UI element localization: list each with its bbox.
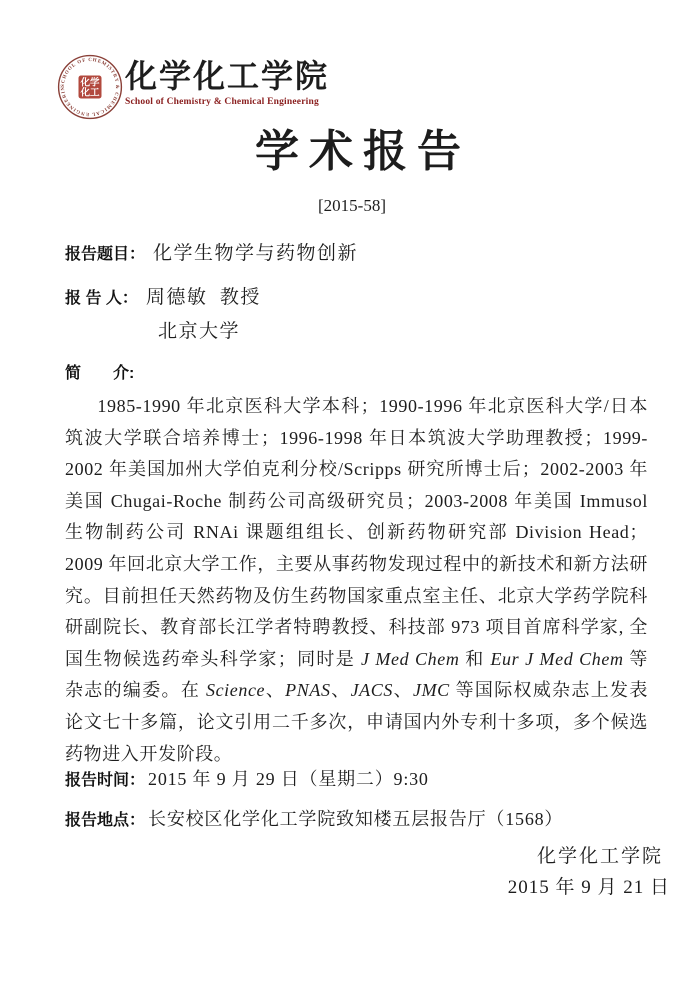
place-row: 报告地点： 长安校区化学化工学院致知楼五层报告厅（1568）	[65, 805, 650, 831]
speaker-biography: 1985-1990 年北京医科大学本科；1990-1996 年北京医科大学/日本…	[65, 391, 648, 770]
document-title: 学术报告	[13, 126, 700, 178]
school-name-block: 化学化工学院 School of Chemistry & Chemical En…	[125, 54, 329, 107]
speaker-label: 报 告 人：	[65, 285, 138, 308]
place-value: 长安校区化学化工学院致知楼五层报告厅（1568）	[148, 805, 563, 831]
time-label: 报告时间：	[65, 767, 145, 790]
issue-number: [2015-58]	[2, 196, 700, 216]
speaker-row: 报 告 人： 周德敏 教授	[65, 282, 650, 309]
place-label: 报告地点：	[65, 807, 145, 830]
announcement-document: SCHOOL OF CHEMISTRY & CHEMICAL ENGINEERI…	[0, 0, 700, 989]
affiliation-row: 北京大学	[65, 316, 650, 343]
speaker-name: 周德敏 教授	[146, 282, 261, 309]
bio-label: 简 介:	[65, 360, 134, 383]
topic-label: 报告题目：	[65, 241, 145, 264]
topic-row: 报告题目： 化学生物学与药物创新	[65, 238, 650, 265]
letterhead: SCHOOL OF CHEMISTRY & CHEMICAL ENGINEERI…	[57, 54, 329, 120]
speaker-affiliation: 北京大学	[65, 316, 240, 343]
time-row: 报告时间： 2015 年 9 月 29 日（星期二）9:30	[65, 765, 650, 791]
topic-value: 化学生物学与药物创新	[153, 238, 358, 265]
school-seal-icon: SCHOOL OF CHEMISTRY & CHEMICAL ENGINEERI…	[57, 54, 123, 120]
bio-label-row: 简 介:	[65, 360, 650, 383]
time-value: 2015 年 9 月 29 日（星期二）9:30	[148, 765, 429, 791]
signature-organization: 化学化工学院	[537, 846, 663, 868]
school-name-chinese: 化学化工学院	[125, 56, 329, 96]
seal-square-text-line2: 化工	[79, 87, 100, 99]
school-name-english: School of Chemistry & Chemical Engineeri…	[125, 97, 329, 107]
signature-date: 2015 年 9 月 21 日	[508, 877, 670, 899]
seal-square-text-line1: 化学	[79, 77, 100, 89]
